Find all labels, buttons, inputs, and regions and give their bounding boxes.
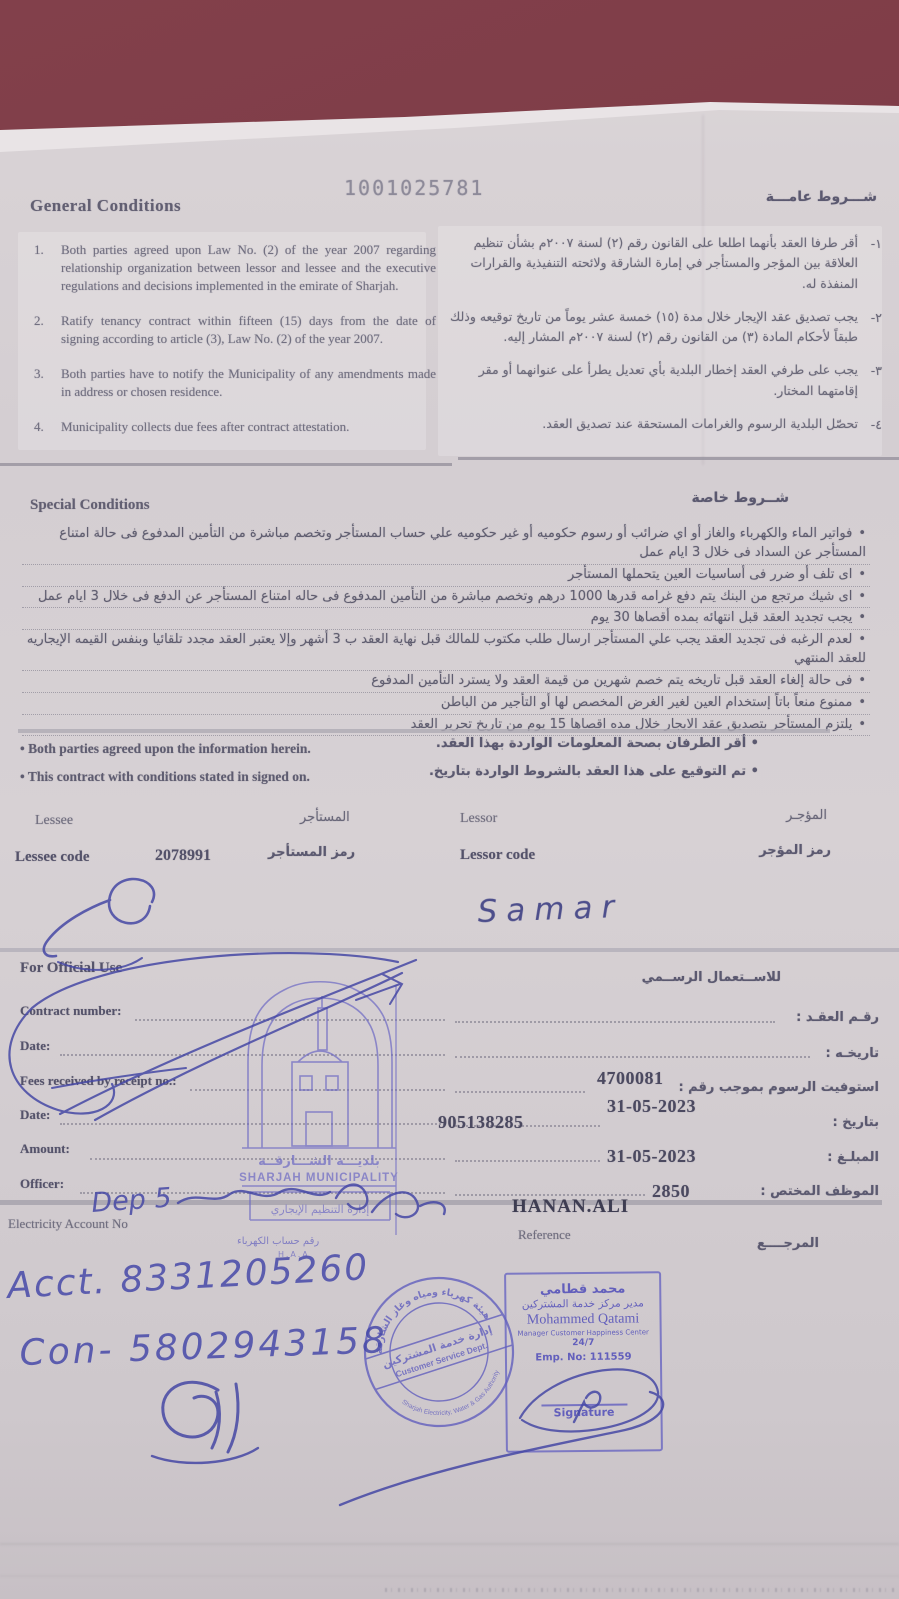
- sharjah-municipality-stamp: بلديـــة الشـــارقــة SHARJAH MUNICIPALI…: [239, 982, 399, 1235]
- scanned-tenancy-contract: { "page": { "doc_number": "1001025781" }…: [0, 0, 899, 1599]
- lessee-signature: [44, 879, 154, 956]
- bottom-signature-loops: [163, 1382, 238, 1452]
- handwritten-scribble-2: [372, 1192, 445, 1217]
- pen-swoosh: [340, 1392, 663, 1505]
- bottom-signature-underline: [152, 1448, 258, 1463]
- handwritten-dep: Dep 5: [90, 1182, 172, 1219]
- manager-initial-signature: [574, 1392, 600, 1422]
- bottom-crease: [0, 1575, 899, 1577]
- official-use-scribble-arrow: [356, 974, 402, 1004]
- ink-overlay: بلديـــة الشـــارقــة SHARJAH MUNICIPALI…: [0, 0, 899, 1599]
- lessor-signature-text: Samar: [477, 889, 624, 930]
- handwritten-contract-number: Con- 5802943158: [19, 1320, 389, 1374]
- municipality-stamp-name-ar: بلديـــة الشـــارقــة: [258, 1154, 380, 1169]
- stamp-ellipse-swoosh: [520, 1369, 658, 1431]
- bottom-faint-text: [385, 1588, 895, 1592]
- official-use-scribble-loop: [9, 953, 398, 1113]
- municipality-stamp-name-en: SHARJAH MUNICIPALITY: [239, 1172, 399, 1184]
- handwritten-account-number: Acct. 8331205260: [4, 1247, 370, 1307]
